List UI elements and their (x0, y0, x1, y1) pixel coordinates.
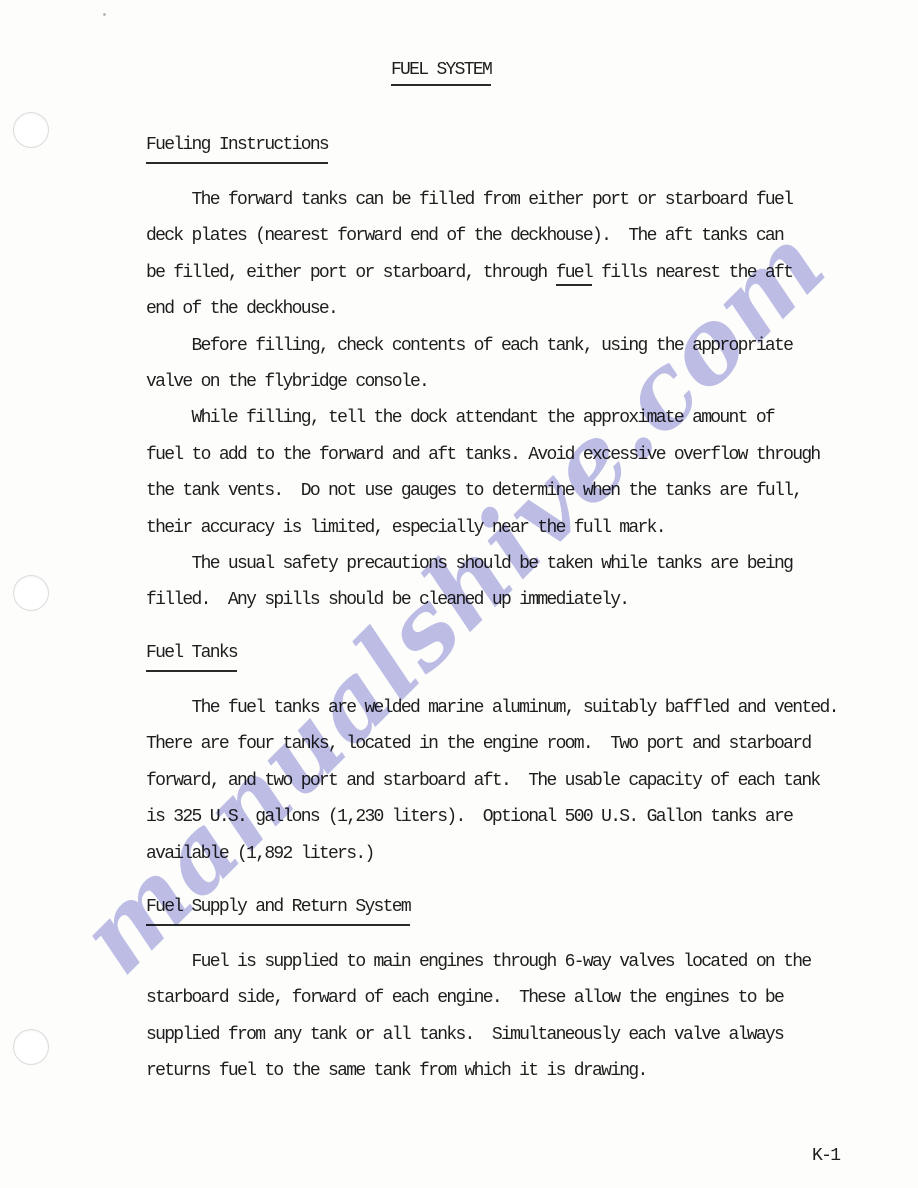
page-title: FUEL SYSTEM (391, 60, 491, 86)
text-line: their accuracy is limited, especially ne… (146, 510, 846, 546)
text-segment: fills nearest the aft (592, 263, 792, 283)
text-line: While filling, tell the dock attendant t… (146, 400, 846, 436)
punch-hole (13, 112, 49, 148)
document-section: Fuel Supply and Return System Fuel is su… (146, 896, 846, 1090)
text-line: The usual safety precautions should be t… (146, 546, 846, 582)
underlined-word: fuel (556, 263, 592, 286)
text-line: end of the deckhouse. (146, 291, 846, 327)
section-heading: Fuel Supply and Return System (146, 896, 410, 926)
section-heading: Fuel Tanks (146, 642, 237, 672)
document-section: Fuel Tanks The fuel tanks are welded mar… (146, 642, 846, 872)
punch-hole (13, 575, 49, 611)
text-line: filled. Any spills should be cleaned up … (146, 582, 846, 618)
punch-hole (13, 1029, 49, 1065)
text-line: returns fuel to the same tank from which… (146, 1053, 846, 1089)
text-line: is 325 U.S. gallons (1,230 liters). Opti… (146, 799, 846, 835)
page-number: K-1 (812, 1146, 839, 1166)
section-body: The fuel tanks are welded marine aluminu… (146, 690, 846, 872)
text-line: There are four tanks, located in the eng… (146, 726, 846, 762)
section-body: Fuel is supplied to main engines through… (146, 944, 846, 1090)
text-line: supplied from any tank or all tanks. Sim… (146, 1017, 846, 1053)
scan-speck (103, 13, 106, 16)
text-line: forward, and two port and starboard aft.… (146, 763, 846, 799)
section-heading: Fueling Instructions (146, 134, 328, 164)
text-line: available (1,892 liters.) (146, 836, 846, 872)
text-line: the tank vents. Do not use gauges to det… (146, 473, 846, 509)
text-line: The fuel tanks are welded marine aluminu… (146, 690, 846, 726)
text-line: be filled, either port or starboard, thr… (146, 255, 846, 291)
text-segment: be filled, either port or starboard, thr… (146, 263, 556, 283)
document-page: FUEL SYSTEM Fueling Instructions The for… (0, 0, 918, 1188)
title-row: FUEL SYSTEM (0, 60, 882, 86)
text-line: Before filling, check contents of each t… (146, 328, 846, 364)
document-section: Fueling Instructions The forward tanks c… (146, 134, 846, 619)
text-line: deck plates (nearest forward end of the … (146, 218, 846, 254)
text-line: The forward tanks can be filled from eit… (146, 182, 846, 218)
text-line: fuel to add to the forward and aft tanks… (146, 437, 846, 473)
section-body: The forward tanks can be filled from eit… (146, 182, 846, 619)
text-line: valve on the flybridge console. (146, 364, 846, 400)
text-line: starboard side, forward of each engine. … (146, 980, 846, 1016)
text-line: Fuel is supplied to main engines through… (146, 944, 846, 980)
